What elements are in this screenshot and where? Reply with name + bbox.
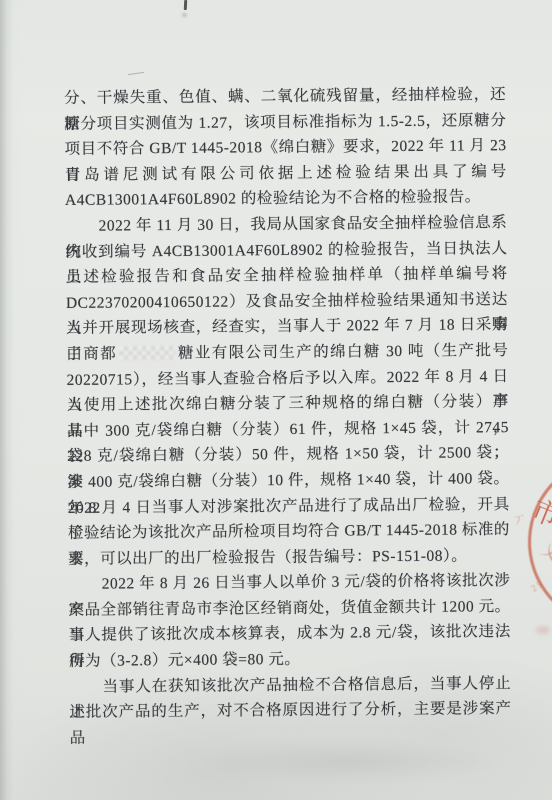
text-line: 检验结论为该批次产品所检项目均符合 GB/T 1445-2018 标准的要 bbox=[68, 517, 510, 546]
text-line: 产品全部销往青岛市李沧区经销商处，货值金额共计 1200 元。当 bbox=[68, 594, 510, 623]
redaction-blur bbox=[119, 346, 175, 360]
text-line: 其中 300 克/袋绵白糖（分装）61 件，规格 1×45 袋，计 2745 袋… bbox=[67, 415, 509, 444]
text-line: 分、干燥失重、色值、螨、二氧化硫残留量，经抽样检验，还原 bbox=[64, 82, 506, 111]
paper-ghosting bbox=[200, 742, 500, 782]
scanned-document-page: 分、干燥失重、色值、螨、二氧化硫残留量，经抽样检验，还原糖分项目实测值为 1.2… bbox=[0, 0, 552, 800]
text-line: 案 400 克/袋绵白糖（分装）10 件，规格 1×40 袋，计 400 袋。2… bbox=[67, 466, 509, 495]
smudge-mark bbox=[182, 13, 187, 17]
text-line: DC22370200410650122）及食品安全抽样检验结果通知书送达当事 bbox=[66, 287, 508, 316]
text-line: 20220715），经当事人查验合格后予以入库。2022 年 8 月 4 日当事 bbox=[66, 364, 508, 393]
text-line: 228 克/袋绵白糖（分装）50 件，规格 1×50 袋，计 2500 袋；涉 bbox=[67, 440, 509, 469]
text-line: 2022 年 11 月 30 日，我局从国家食品安全抽样检验信息系统 bbox=[65, 210, 507, 239]
text-line: 糖分项目实测值为 1.27，该项目标准指标为 1.5-2.5，还原糖分 bbox=[64, 108, 506, 137]
text-line: 求，可以出厂的出厂检验报告（报告编号：PS-151-08）。 bbox=[68, 543, 510, 572]
pen-tick-mark bbox=[184, 0, 188, 10]
text-line: 青岛谱尼测试有限公司依据上述检验结果出具了编号 bbox=[65, 159, 507, 188]
text-line: 年 8 月 4 日当事人对涉案批次产品进行了成品出厂检验，开具了 bbox=[68, 492, 510, 521]
text-line: 项目不符合 GB/T 1445-2018《绵白糖》要求，2022 年 11 月 … bbox=[64, 133, 506, 162]
text-line: 得为（3-2.8）元×400 袋=80 元。 bbox=[69, 645, 511, 674]
text-line: 2022 年 8 月 26 日当事人以单价 3 元/袋的价格将该批次涉案 bbox=[68, 568, 510, 597]
scratch-mark bbox=[128, 72, 144, 75]
text-line: 由商都糖业有限公司生产的绵白糖 30 吨（生产批号 bbox=[66, 338, 508, 367]
text-line: 人并开展现场核查，经查实，当事人于 2022 年 7 月 18 日采购了 bbox=[66, 312, 508, 341]
document-text: 分、干燥失重、色值、螨、二氧化硫残留量，经抽样检验，还原糖分项目实测值为 1.2… bbox=[64, 82, 512, 726]
text-line: 当事人在获知该批次产品抽检不合格信息后，当事人停止上 bbox=[69, 671, 511, 700]
text-line: 人使用上述批次绵白糖分装了三种规格的绵白糖（分装）产品， bbox=[67, 389, 509, 418]
text-line: 上述检验报告和食品安全抽样检验抽样单（抽样单编号： bbox=[66, 261, 508, 290]
text-line: 事人提供了该批次成本核算表，成本为 2.8 元/袋，该批次违法所 bbox=[69, 620, 511, 649]
text-line: A4CB13001A4F60L8902 的检验结论为不合格的检验报告。 bbox=[65, 184, 507, 213]
text-line: 内收到编号 A4CB13001A4F60L8902 的检验报告，当日执法人员将 bbox=[65, 236, 507, 265]
seal-smudge bbox=[536, 626, 550, 634]
text-line: 述批次产品的生产，对不合格原因进行了分析，主要是涉案产品 bbox=[69, 696, 511, 725]
seal-tick-mark: 丆 bbox=[512, 511, 526, 529]
